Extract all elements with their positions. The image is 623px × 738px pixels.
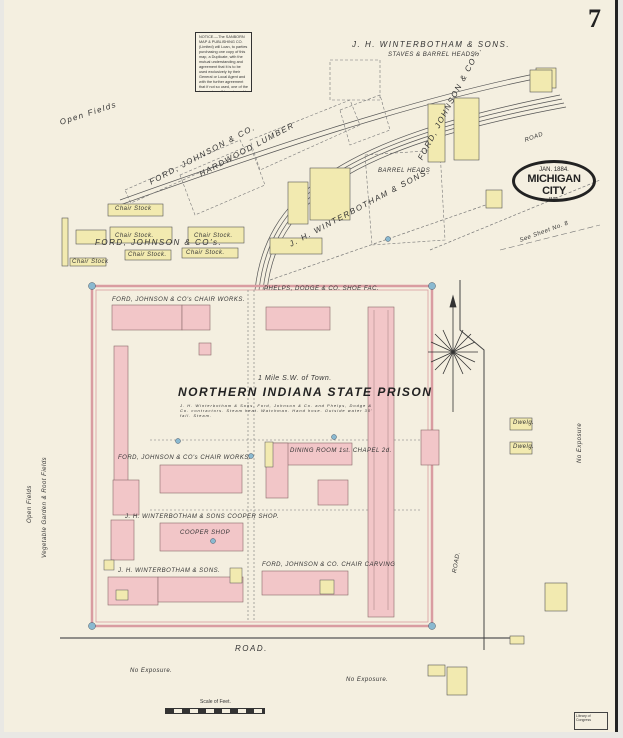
city-name: MICHIGAN CITY [515,173,593,197]
state-name: IND. [515,197,593,203]
label-ford-johnson-left: FORD, JOHNSON & CO's. [95,238,222,247]
library-stamp: Library of Congress [574,712,608,730]
label-ford-chair-works-mid: FORD, JOHNSON & CO's CHAIR WORKS. [118,455,251,461]
label-winterbotham-bottom: J. H. WINTERBOTHAM & SONS. [118,568,220,574]
label-ford-carving: FORD, JOHNSON & CO. CHAIR CARVING [262,562,395,568]
chair-stock-1: Chair Stock. [186,250,225,256]
label-phelps-shoe: PHELPS, DODGE & CO. SHOE FAC. [264,286,379,292]
label-mile-sw: 1 Mile S.W. of Town. [258,375,332,382]
notice-box: NOTICE.—The SANBORN MAP & PUBLISHING CO.… [195,32,252,92]
label-ford-chair-works-top: FORD, JOHNSON & CO's CHAIR WORKS. [112,297,245,303]
scale-bar: Scale of Feet. [165,708,265,714]
label-no-exposure-bottom: No Exposure. [346,677,388,683]
scale-bar-graphic [165,708,265,714]
label-road-bottom: ROAD. [235,644,268,653]
chair-stock-2: Chair Stock. [194,233,233,239]
label-dwelling-2: Dwelg. [513,444,534,450]
prison-title: NORTHERN INDIANA STATE PRISON [178,385,432,399]
compass-rose-icon [428,296,478,412]
label-staves: STAVES & BARREL HEADS. [388,52,477,58]
scale-caption: Scale of Feet. [200,699,231,705]
chair-stock-4: Chair Stock. [128,252,167,258]
prison-notes: J. H. Winterbotham & Sons, Ford, Johnson… [180,403,380,418]
label-no-exposure-east: No Exposure [577,423,583,463]
label-winterbotham-top: J. H. WINTERBOTHAM & SONS. [352,40,510,49]
label-winterbotham-cooper: J. H. WINTERBOTHAM & SONS COOPER SHOP. [125,514,279,520]
chair-stock-5: Chair Stock [115,206,152,212]
page-number: 7 [588,4,601,34]
lumber-yard-lots [125,60,445,245]
location-cartouche: JAN. 1884. MICHIGAN CITY IND. [512,160,596,202]
label-dining-room: DINING ROOM 1st. CHAPEL 2d. [290,448,392,454]
chair-stock-3: Chair Stock. [115,233,154,239]
label-open-fields-left: Open Fields [27,485,33,523]
label-dwelling-1: Dwelg. [513,420,534,426]
label-vegetable-garden: Vegetable Garden & Root Fields [42,457,48,558]
dwellings-east [428,418,567,695]
road-east-edge [460,280,484,650]
chair-stock-6: Chair Stock [72,259,109,265]
label-no-exposure-left: No Exposure. [130,668,172,674]
label-cooper-shop: COOPER SHOP [180,530,230,536]
